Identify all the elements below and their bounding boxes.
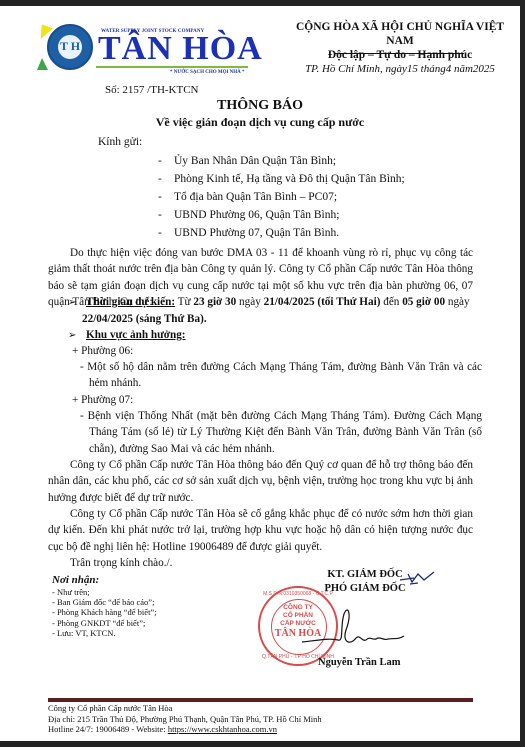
recipient-item: - Ban Giám đốc “để báo cáo”;: [52, 597, 157, 607]
website-link[interactable]: https://www.cskhtanhoa.com.vn: [168, 724, 277, 734]
arrow-bullet-icon: ➢: [68, 295, 86, 311]
affected-area-heading: ➢Khu vực ảnh hưởng:: [68, 327, 186, 344]
logo-green-accent-icon: [37, 58, 48, 70]
document-subject: Về việc gián đoạn dịch vụ cung cấp nước: [0, 115, 520, 130]
recipient-item: - Phòng GNKDT “để biết”;: [52, 618, 157, 628]
addressee-item: -UBND Phường 06, Quận Tân Bình;: [158, 206, 405, 224]
recipient-item: - Phòng Khách hàng “để biết”;: [52, 607, 157, 617]
signer-name: Nguyễn Trần Lam: [318, 657, 400, 668]
addressee-item: -Phòng Kinh tế, Hạ tầng và Đô thị Quận T…: [158, 170, 405, 188]
addressee-item: -Tổ địa bàn Quận Tân Bình – PC07;: [158, 188, 405, 206]
recipients-block: Nơi nhận: - Như trên; - Ban Giám đốc “để…: [52, 573, 157, 638]
ward-07-detail: - Bệnh viện Thống Nhất (mặt bên đường Cá…: [80, 408, 482, 457]
footer-company: Công ty Cổ phần Cấp nước Tân Hòa: [48, 703, 322, 714]
footer-contact: Hotline 24/7: 19006489 - Website: https:…: [48, 724, 322, 735]
outage-time: ➢Thời gian dự kiến: Từ 23 giờ 30 ngày 21…: [68, 294, 473, 328]
national-header: CỘNG HÒA XÃ HỘI CHỦ NGHĨA VIỆT NAM Độc l…: [285, 20, 515, 62]
ward-06-detail: - Một số hộ dân nằm trên đường Cách Mạng…: [80, 359, 482, 392]
logo-slogan: * NƯỚC SẠCH CHO MỌI NHÀ *: [170, 70, 245, 75]
footer-divider: [48, 698, 473, 702]
recipient-item: - Lưu: VT, KTCN.: [52, 628, 157, 638]
logo-seal-icon: T H: [47, 24, 93, 70]
document-page: T H WATER SUPPLY JOINT STOCK COMPANY TÂN…: [0, 6, 520, 741]
document-title: THÔNG BÁO: [0, 98, 520, 114]
recipient-item: - Như trên;: [52, 587, 157, 597]
hotline-paragraph: Công ty Cổ phần Cấp nước Tân Hòa sẽ cố g…: [48, 506, 473, 555]
logo-underline: [96, 66, 248, 68]
footer-address: Địa chỉ: 215 Trần Thủ Độ, Phường Phú Thạ…: [48, 714, 322, 725]
addressee-item: -Ủy Ban Nhân Dân Quận Tân Bình;: [158, 152, 405, 170]
document-number: Số: 2157 /TH-KTCN: [105, 84, 199, 96]
addressee-item: -UBND Phường 07, Quận Tân Bình.: [158, 224, 405, 242]
recipients-label: Nơi nhận:: [52, 573, 157, 587]
arrow-bullet-icon: ➢: [68, 328, 86, 344]
addressee-list: -Ủy Ban Nhân Dân Quận Tân Bình; -Phòng K…: [158, 152, 405, 242]
support-paragraph: Công ty Cổ phần Cấp nước Tân Hòa thông b…: [48, 457, 473, 506]
closing-line: Trân trọng kính chào./.: [70, 555, 172, 571]
national-motto: Độc lập – Tự do – Hạnh phúc: [285, 48, 515, 62]
handwritten-signature-icon: [300, 606, 410, 656]
ward-06-label: + Phường 06:: [72, 343, 133, 359]
header-divider: [334, 53, 464, 54]
initial-mark-icon: [398, 570, 438, 588]
footer: Công ty Cổ phần Cấp nước Tân Hòa Địa chỉ…: [48, 703, 322, 735]
document-date: TP. Hồ Chí Minh, ngày15 tháng4 năm2025: [285, 63, 515, 75]
country-name: CỘNG HÒA XÃ HỘI CHỦ NGHĨA VIỆT NAM: [285, 20, 515, 48]
logo-name: TÂN HÒA: [98, 32, 263, 66]
addressee-label: Kính gửi:: [98, 134, 142, 150]
ward-07-label: + Phường 07:: [72, 392, 133, 408]
